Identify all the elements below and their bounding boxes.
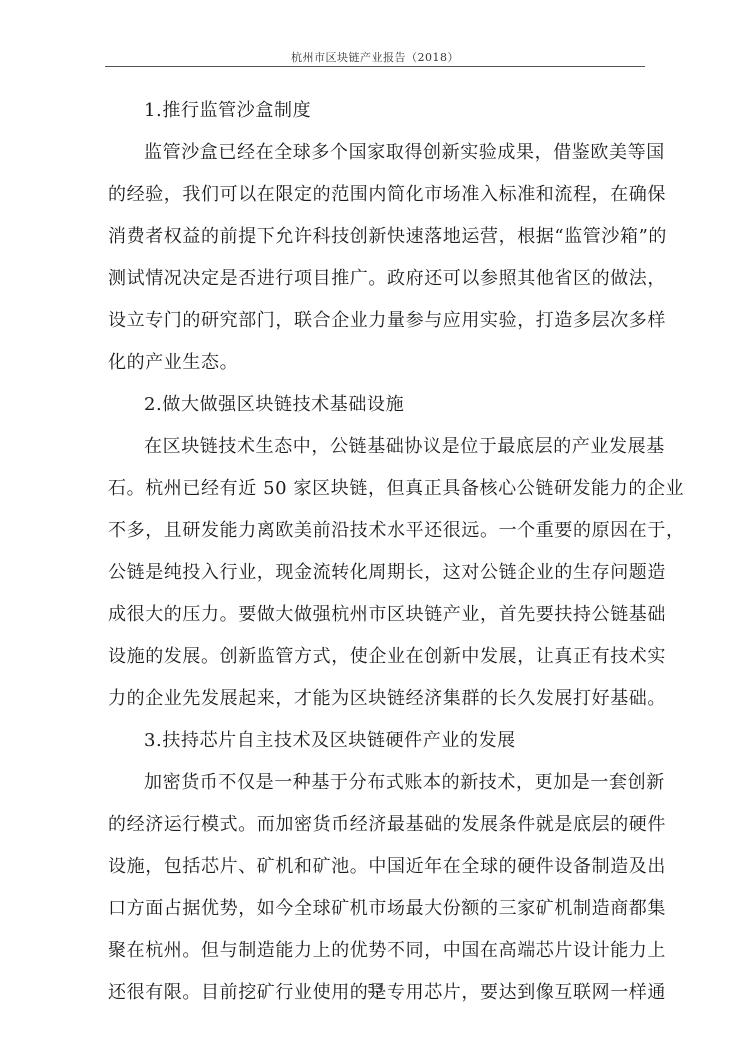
paragraph-line: 石。杭州已经有近 50 家区块链，但真正具备核心公链研发能力的企业 (108, 468, 650, 510)
paragraph-line: 的经济运行模式。而加密货币经济最基础的发展条件就是底层的硬件 (108, 804, 650, 846)
paragraph-line: 力的企业先发展起来，才能为区块链经济集群的长久发展打好基础。 (108, 678, 650, 720)
paragraph-line: 消费者权益的前提下允许科技创新快速落地运营，根据“监管沙箱”的 (108, 216, 650, 258)
paragraph-line: 公链是纯投入行业，现金流转化周期长，这对公链企业的生存问题造 (108, 552, 650, 594)
paragraph-line: 聚在杭州。但与制造能力上的优势不同，中国在高端芯片设计能力上 (108, 930, 650, 972)
paragraph-line: 的经验，我们可以在限定的范围内简化市场准入标准和流程，在确保 (108, 174, 650, 216)
paragraph-line: 化的产业生态。 (108, 342, 650, 384)
paragraph-line: 成很大的压力。要做大做强杭州市区块链产业，首先要扶持公链基础 (108, 594, 650, 636)
paragraph-line: 设立专门的研究部门，联合企业力量参与应用实验，打造多层次多样 (108, 300, 650, 342)
paragraph-line: 加密货币不仅是一种基于分布式账本的新技术，更加是一套创新 (108, 762, 650, 804)
section-heading: 3.扶持芯片自主技术及区块链硬件产业的发展 (108, 720, 650, 762)
paragraph-line: 不多，且研发能力离欧美前沿技术水平还很远。一个重要的原因在于， (108, 510, 650, 552)
paragraph-line: 测试情况决定是否进行项目推广。政府还可以参照其他省区的做法， (108, 258, 650, 300)
paragraph-line: 监管沙盒已经在全球多个国家取得创新实验成果，借鉴欧美等国 (108, 132, 650, 174)
paragraph-line: 口方面占据优势，如今全球矿机市场最大份额的三家矿机制造商都集 (108, 888, 650, 930)
page-number: 53 (0, 982, 750, 996)
paragraph-line: 设施，包括芯片、矿机和矿池。中国近年在全球的硬件设备制造及出 (108, 846, 650, 888)
running-header: 杭州市区块链产业报告（2018） (105, 49, 645, 65)
paragraph-line: 在区块链技术生态中，公链基础协议是位于最底层的产业发展基 (108, 426, 650, 468)
document-body: 1.推行监管沙盒制度 监管沙盒已经在全球多个国家取得创新实验成果，借鉴欧美等国 … (108, 90, 650, 1014)
section-heading: 1.推行监管沙盒制度 (108, 90, 650, 132)
header-rule (105, 66, 645, 67)
section-heading: 2.做大做强区块链技术基础设施 (108, 384, 650, 426)
paragraph-line: 设施的发展。创新监管方式，使企业在创新中发展，让真正有技术实 (108, 636, 650, 678)
